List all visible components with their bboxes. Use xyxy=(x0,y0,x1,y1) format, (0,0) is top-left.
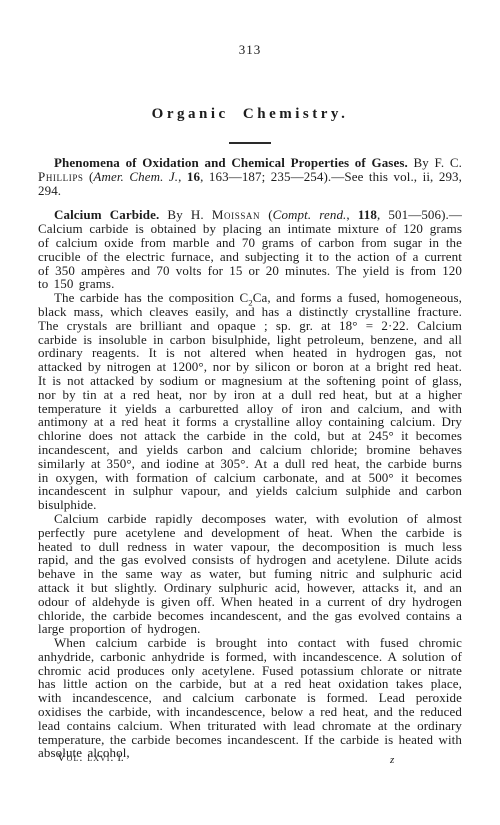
ref-open: ( xyxy=(84,169,94,184)
page-number: 313 xyxy=(38,42,462,58)
journal-page: 313 Organic Chemistry. Phenomena of Oxid… xyxy=(0,0,500,825)
ref-pages: , 501—506).— xyxy=(377,207,462,222)
abstract-calcium-carbide-p4: When calcium carbide is brought into con… xyxy=(38,636,462,760)
abstract-heading: Phenomena of Oxidation and Chemical Prop… xyxy=(54,155,408,170)
abstract-heading: Calcium Carbide. xyxy=(54,207,159,222)
paragraph-text: The carbide has the composition C xyxy=(54,290,248,305)
volume-label: Vol. lxvi. xyxy=(57,750,114,764)
paragraph-text: Ca, and forms a fused, homogeneous, blac… xyxy=(38,290,462,512)
ref-open: ( xyxy=(260,207,273,222)
volume-imprint: Vol. lxvi. i. xyxy=(38,750,124,764)
page-footer: Vol. lxvi. i. z xyxy=(38,751,462,764)
journal-name: Compt. rend. xyxy=(273,207,347,222)
author-name: Phillips xyxy=(38,169,84,184)
ref-sep: , xyxy=(178,169,187,184)
ref-sep: , xyxy=(346,207,357,222)
byline-prefix: By H. xyxy=(159,207,212,222)
printer-signature-mark: z xyxy=(390,754,394,767)
section-title: Organic Chemistry. xyxy=(38,106,462,123)
abstract-calcium-carbide-p1: Calcium Carbide. By H. Moissan (Compt. r… xyxy=(38,208,462,291)
abstract-oxidation-gases: Phenomena of Oxidation and Chemical Prop… xyxy=(38,156,462,197)
author-name: Moissan xyxy=(212,207,260,222)
part-label: i. xyxy=(117,750,123,764)
abstract-calcium-carbide-p2: The carbide has the composition C2Ca, an… xyxy=(38,291,462,512)
journal-volume: 118 xyxy=(358,207,377,222)
title-rule xyxy=(229,142,271,144)
abstract-calcium-carbide-p3: Calcium carbide rapidly decomposes water… xyxy=(38,512,462,636)
journal-name: Amer. Chem. J. xyxy=(93,169,178,184)
byline-prefix: By F. C. xyxy=(408,155,462,170)
paragraph-text: Calcium carbide is obtained by placing a… xyxy=(38,221,462,291)
abstracts-column: Phenomena of Oxidation and Chemical Prop… xyxy=(38,156,462,760)
journal-volume: 16 xyxy=(187,169,200,184)
